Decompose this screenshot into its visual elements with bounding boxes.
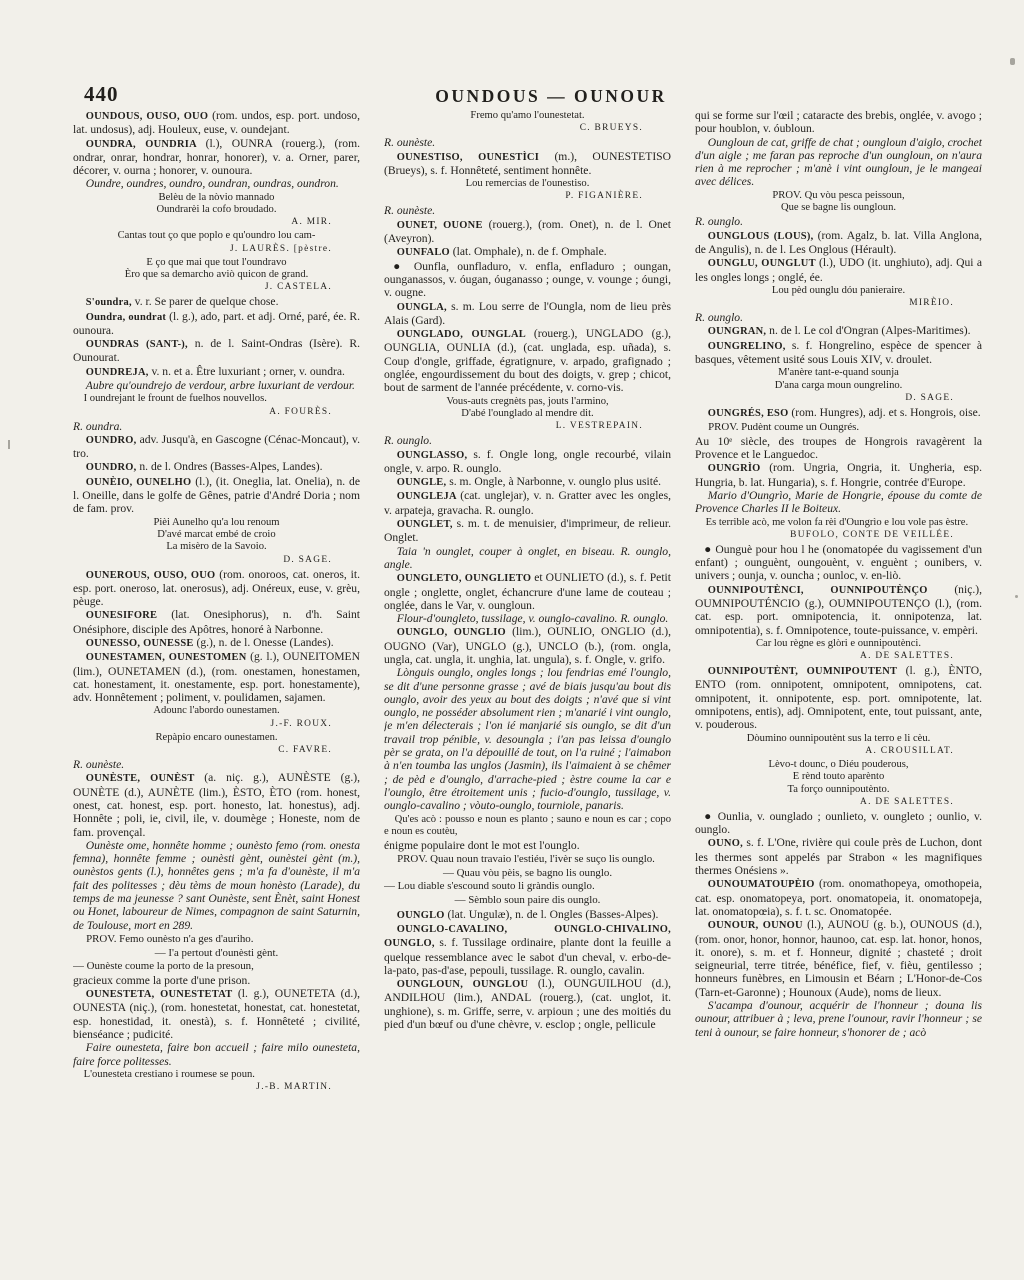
scan-artifact — [1010, 58, 1015, 65]
dictionary-entry: OUNESTAMEN, OUNESTOMEN (g. l.), OUNEITOM… — [73, 650, 360, 704]
entry-headword: OUNÈSTE, OUNÈST — [86, 773, 205, 784]
citation-author: A. DE SALETTES. — [695, 797, 982, 808]
verse-quote: E ço que mai que tout l'oundravo Èro que… — [73, 257, 360, 282]
example-paragraph: Flour-d'oungleto, tussilage, v. ounglo-c… — [384, 612, 671, 625]
dictionary-entry: OUNGLET, s. m. t. de menuisier, d'imprim… — [384, 517, 671, 545]
proverb-line: — I'a pertout d'ounèsti gènt. — [73, 947, 360, 960]
citation-author: P. FIGANIÈRE. — [384, 191, 671, 202]
quote-line: I oundrejant le frount de fuelhos nouvel… — [73, 393, 360, 405]
verse-quote: Repàpio encaro ounestamen. — [73, 732, 360, 744]
dictionary-entry: OUNFALO (lat. Omphale), n. de f. Omphale… — [384, 245, 671, 259]
entry-headword: OUNGRAN, — [708, 326, 769, 337]
dictionary-entry: OUNGLEJA (cat. unglejar), v. n. Gratter … — [384, 489, 671, 517]
dictionary-entry: OUNESTETA, OUNESTETAT (l. g.), OUNETETA … — [73, 987, 360, 1041]
entry-headword: OUNDRO, — [86, 462, 140, 473]
example-paragraph: Oungloun de cat, griffe de chat ; ounglo… — [695, 136, 982, 189]
entry-headword: OUNGLETO, OUNGLIETO — [397, 573, 534, 584]
verse-quote: Cantas tout ço que poplo e qu'oundro lou… — [73, 230, 360, 242]
entry-headword: OUNGLO — [397, 910, 448, 921]
verse-quote: Adounc l'abordo ounestamen. — [73, 705, 360, 717]
dictionary-entry: OUNESSO, OUNESSE (g.), n. de l. Onesse (… — [73, 636, 360, 650]
entry-headword: OUNDOUS, OUSO, OUO — [86, 111, 212, 122]
entry-headword: OUNDRAS (SANT-), — [86, 339, 195, 350]
quote-line: L'ounesteta crestiano i roumese se poun. — [73, 1069, 360, 1081]
entry-headword: OUNGRÌO — [708, 463, 769, 474]
entry-headword: OUNO, — [708, 838, 747, 849]
verse-quote: Lèvo-t dounc, o Diéu pouderous, E rènd t… — [695, 759, 982, 796]
dictionary-entry: S'oundra, v. r. Se parer de quelque chos… — [73, 295, 360, 309]
running-head: OUNDOUS — OUNOUR — [435, 86, 667, 107]
citation-author: MIRÈIO. — [695, 298, 982, 309]
citation-author: C. FAVRE. — [73, 745, 360, 756]
citation-author: J. CASTELA. — [73, 282, 360, 293]
entry-headword: OUNGRÉS, ESO — [708, 408, 792, 419]
proverb-verse: PROV. Qu vòu pesca peissoun, Que se bagn… — [695, 190, 982, 215]
root-reference: R. ounglo. — [384, 434, 671, 447]
entry-headword: OUNESSO, OUNESSE — [86, 638, 197, 649]
dictionary-entry: OUNDOUS, OUSO, OUO (rom. undos, esp. por… — [73, 109, 360, 137]
root-reference: R. ounglo. — [695, 215, 982, 228]
entry-headword: OUNESTAMEN, OUNESTOMEN — [86, 652, 250, 663]
quote-line: Es terrible acò, me volon fa rèi d'Oungr… — [695, 517, 982, 529]
citation-author: A. DE SALETTES. — [695, 651, 982, 662]
example-paragraph: Mario d'Oungrìo, Marie de Hongrie, épous… — [695, 489, 982, 516]
verse-quote: M'anère tant-e-quand sounja D'ana carga … — [695, 367, 982, 392]
example-paragraph: Taia 'n ounglet, couper à onglet, en bis… — [384, 545, 671, 572]
dictionary-entry: OUNÈIO, OUNELHO (l.), (it. Oneglia, lat.… — [73, 475, 360, 516]
paragraph: qui se forme sur l'œil ; cataracte des b… — [695, 109, 982, 136]
dictionary-entry: OUNESTISO, OUNESTÌCI (m.), OUNESTETISO (… — [384, 150, 671, 178]
dictionary-entry: OUNGLO (lat. Ungulæ), n. de l. Ongles (B… — [384, 908, 671, 922]
dictionary-entry: Oundra, oundrat (l. g.), ado, part. et a… — [73, 310, 360, 338]
entry-headword: OUNOUMATOUPÈIO — [708, 879, 819, 890]
text-columns: OUNDOUS, OUSO, OUO (rom. undos, esp. por… — [73, 109, 982, 1192]
example-paragraph: Ounèste ome, honnête homme ; ounèsto fem… — [73, 839, 360, 932]
example-paragraph: Faire ounesteta, faire bon accueil ; fai… — [73, 1041, 360, 1068]
citation-author: A. CROUSILLAT. — [695, 746, 982, 757]
root-reference: R. ounglo. — [695, 311, 982, 324]
dictionary-entry: OUNGRÌO (rom. Ungria, Ongria, it. Ungher… — [695, 461, 982, 489]
dictionary-entry: OUNGLOUN, OUNGLOU (l.), OUNGUILHOU (d.),… — [384, 977, 671, 1031]
citation-author: J.-B. MARTIN. — [73, 1082, 360, 1093]
scan-artifact — [1015, 595, 1018, 598]
citation-author: C. BRUEYS. — [384, 123, 671, 134]
citation-author: J. LAURÈS. [pèstre. — [73, 244, 360, 255]
verse-quote: Car lou règne es glòri e ounnipoutènci. — [695, 638, 982, 650]
verse-quote: Lou pèd ounglu dóu panieraire. — [695, 285, 982, 297]
dictionary-entry: OUNNIPOUTÈNCI, OUNNIPOUTÈNÇO (niç.), OUM… — [695, 583, 982, 637]
entry-headword: OUNGLOUS (LOUS), — [708, 231, 818, 242]
dictionary-entry: OUNGRELINO, s. f. Hongrelino, espèce de … — [695, 339, 982, 367]
page-number: 440 — [84, 82, 119, 107]
cross-reference-note: ● Ounlia, v. ounglado ; ounlieto, v. oun… — [695, 810, 982, 837]
proverb-line: — Lou diable s'escound souto li gràndis … — [384, 880, 671, 893]
dictionary-entry: OUNGRÉS, ESO (rom. Hungres), adj. et s. … — [695, 406, 982, 420]
proverb-line: — Sèmblo soun paire dis ounglo. — [384, 894, 671, 907]
dictionary-entry: OUNÈSTE, OUNÈST (a. niç. g.), AUNÈSTE (g… — [73, 771, 360, 838]
text-column-left: OUNDOUS, OUSO, OUO (rom. undos, esp. por… — [73, 109, 360, 1192]
example-paragraph: Lònguis ounglo, ongles longs ; lou fendr… — [384, 666, 671, 812]
citation-author: BUFOLO, CONTE DE VEILLÉE. — [695, 530, 982, 541]
entry-headword: OUNGLET, — [397, 519, 457, 530]
dictionary-entry: OUNGLO, OUNGLIO (lim.), OUNLIO, ONGLIO (… — [384, 625, 671, 666]
entry-headword: OUNNIPOUTÈNT, OUMNIPOUTENT — [708, 666, 906, 677]
dictionary-entry: OUNGLASSO, s. f. Ongle long, ongle recou… — [384, 448, 671, 476]
dictionary-entry: OUNDRO, adv. Jusqu'à, en Gascogne (Cénac… — [73, 433, 360, 461]
entry-headword: OUNET, OUONE — [397, 220, 489, 231]
example-paragraph: S'acampa d'ounour, acquérir de l'honneur… — [695, 999, 982, 1039]
proverb-line: PROV. Femo ounèsto n'a ges d'auriho. — [73, 933, 360, 946]
entry-headword: OUNGLADO, OUNGLAL — [397, 329, 534, 340]
verse-quote: Fremo qu'amo l'ounestetat. — [384, 110, 671, 122]
dictionary-entry: OUNOUMATOUPÈIO (rom. onomathopeya, omoth… — [695, 877, 982, 918]
dictionary-entry: OUNO, s. f. L'One, rivière qui coule prè… — [695, 836, 982, 877]
example-paragraph: Aubre qu'oundrejo de verdour, arbre luxu… — [73, 379, 360, 392]
dictionary-entry: OUNDRA, OUNDRIA (l.), OUNRA (rouerg.), (… — [73, 137, 360, 178]
scan-artifact — [8, 440, 10, 449]
citation-author: A. MIR. — [73, 217, 360, 228]
verse-quote: Dòumino ounnipoutènt sus la terro e li c… — [695, 733, 982, 745]
dictionary-entry: OUNGLADO, OUNGLAL (rouerg.), UNGLADO (g.… — [384, 327, 671, 394]
paragraph: énigme populaire dont le mot est l'oungl… — [384, 839, 671, 852]
dictionary-entry: OUNGLA, s. m. Lou serre de l'Oungla, nom… — [384, 300, 671, 328]
dictionary-entry: OUNET, OUONE (rouerg.), (rom. Onet), n. … — [384, 218, 671, 246]
paragraph: Au 10ᵉ siècle, des troupes de Hongrois r… — [695, 435, 982, 462]
entry-headword: OUNGLO, OUNGLIO — [397, 627, 512, 638]
dictionary-page: 440 OUNDOUS — OUNOUR OUNDOUS, OUSO, OUO … — [0, 0, 1024, 1280]
dictionary-entry: OUNGLO-CAVALINO, OUNGLO-CHIVALINO, OUNGL… — [384, 922, 671, 977]
paragraph: gracieux comme la porte d'une prison. — [73, 974, 360, 987]
entry-headword: S'oundra, — [86, 297, 135, 308]
dictionary-entry: OUNDRAS (SANT-), n. de l. Saint-Ondras (… — [73, 337, 360, 365]
entry-headword: OUNFALO — [397, 247, 453, 258]
quote-line: Qu'es acò : pousso e noun es planto ; sa… — [384, 814, 671, 838]
text-column-middle: Fremo qu'amo l'ounestetat.C. BRUEYS.R. o… — [384, 109, 671, 1192]
entry-headword: OUNNIPOUTÈNCI, OUNNIPOUTÈNÇO — [708, 585, 955, 596]
entry-headword: OUNDRO, — [86, 435, 140, 446]
dictionary-entry: OUNNIPOUTÈNT, OUMNIPOUTENT (l. g.), ÈNTO… — [695, 664, 982, 731]
proverb-line: PROV. Quau noun travaio l'estiéu, l'ivèr… — [384, 853, 671, 866]
dictionary-entry: OUNESIFORE (lat. Onesiphorus), n. d'h. S… — [73, 608, 360, 636]
dictionary-entry: OUNDREJA, v. n. et a. Être luxuriant ; o… — [73, 365, 360, 379]
text-column-right: qui se forme sur l'œil ; cataracte des b… — [695, 109, 982, 1192]
dictionary-entry: OUNEROUS, OUSO, OUO (rom. onoroos, cat. … — [73, 568, 360, 609]
root-reference: R. ounèste. — [384, 204, 671, 217]
entry-headword: OUNDRA, OUNDRIA — [86, 139, 206, 150]
cross-reference-note: ● Ounfla, ounfladuro, v. enfla, enfladur… — [384, 260, 671, 300]
entry-headword: OUNOUR, OUNOU — [708, 920, 807, 931]
entry-headword: OUNESIFORE — [86, 610, 171, 621]
entry-headword: OUNGRELINO, — [708, 341, 792, 352]
entry-headword: OUNGLO-CAVALINO, OUNGLO-CHIVALINO, OUNGL… — [384, 924, 671, 949]
entry-headword: OUNGLOUN, OUNGLOU — [397, 979, 538, 990]
citation-author: D. SAGE. — [73, 555, 360, 566]
entry-headword: OUNESTISO, OUNESTÌCI — [397, 152, 555, 163]
entry-headword: OUNEROUS, OUSO, OUO — [86, 570, 220, 581]
entry-headword: OUNGLE, — [397, 477, 449, 488]
example-paragraph: Oundre, oundres, oundro, oundran, oundra… — [73, 177, 360, 190]
proverb-line: PROV. Pudènt coume un Oungrés. — [695, 421, 982, 434]
dictionary-entry: OUNOUR, OUNOU (l.), AUNOU (g. b.), OUNOU… — [695, 918, 982, 999]
entry-headword: Oundra, oundrat — [86, 312, 169, 323]
entry-headword: OUNDREJA, — [86, 367, 152, 378]
verse-quote: Belèu de la nòvio mannado Oundrarèi la c… — [73, 192, 360, 217]
citation-author: L. VESTREPAIN. — [384, 421, 671, 432]
root-reference: R. ounèste. — [73, 758, 360, 771]
citation-author: D. SAGE. — [695, 393, 982, 404]
entry-headword: OUNÈIO, OUNELHO — [86, 477, 196, 488]
citation-author: J.-F. ROUX. — [73, 719, 360, 730]
citation-author: A. FOURÈS. — [73, 407, 360, 418]
proverb-line: — Quau vòu pèis, se bagno lis ounglo. — [384, 867, 671, 880]
dictionary-entry: OUNGRAN, n. de l. Le col d'Ongran (Alpes… — [695, 324, 982, 338]
entry-headword: OUNGLA, — [397, 302, 451, 313]
dictionary-entry: OUNGLE, s. m. Ongle, à Narbonne, v. oung… — [384, 475, 671, 489]
verse-quote: Lou remercias de l'ounestiso. — [384, 178, 671, 190]
root-reference: R. ounèste. — [384, 136, 671, 149]
entry-headword: OUNESTETA, OUNESTETAT — [86, 989, 238, 1000]
entry-headword: OUNGLASSO, — [397, 450, 474, 461]
dictionary-entry: OUNGLETO, OUNGLIETO et OUNLIETO (d.), s.… — [384, 571, 671, 612]
entry-headword: OUNGLU, OUNGLUT — [708, 258, 819, 269]
proverb-line: — Ounèste coume la porto de la presoun, — [73, 960, 360, 973]
dictionary-entry: OUNGLU, OUNGLUT (l.), UDO (it. unghiuto)… — [695, 256, 982, 284]
cross-reference-note: ● Ounguè pour hou l he (onomatopée du va… — [695, 543, 982, 583]
entry-headword: OUNGLEJA — [397, 491, 461, 502]
verse-quote: Vous-auts cregnèts pas, jouts l'armino, … — [384, 396, 671, 421]
dictionary-entry: OUNGLOUS (LOUS), (rom. Agalz, b. lat. Vi… — [695, 229, 982, 257]
dictionary-entry: OUNDRO, n. de l. Ondres (Basses-Alpes, L… — [73, 460, 360, 474]
verse-quote: Pièi Aunelho qu'a lou renoum D'avé marca… — [73, 517, 360, 554]
root-reference: R. oundra. — [73, 420, 360, 433]
